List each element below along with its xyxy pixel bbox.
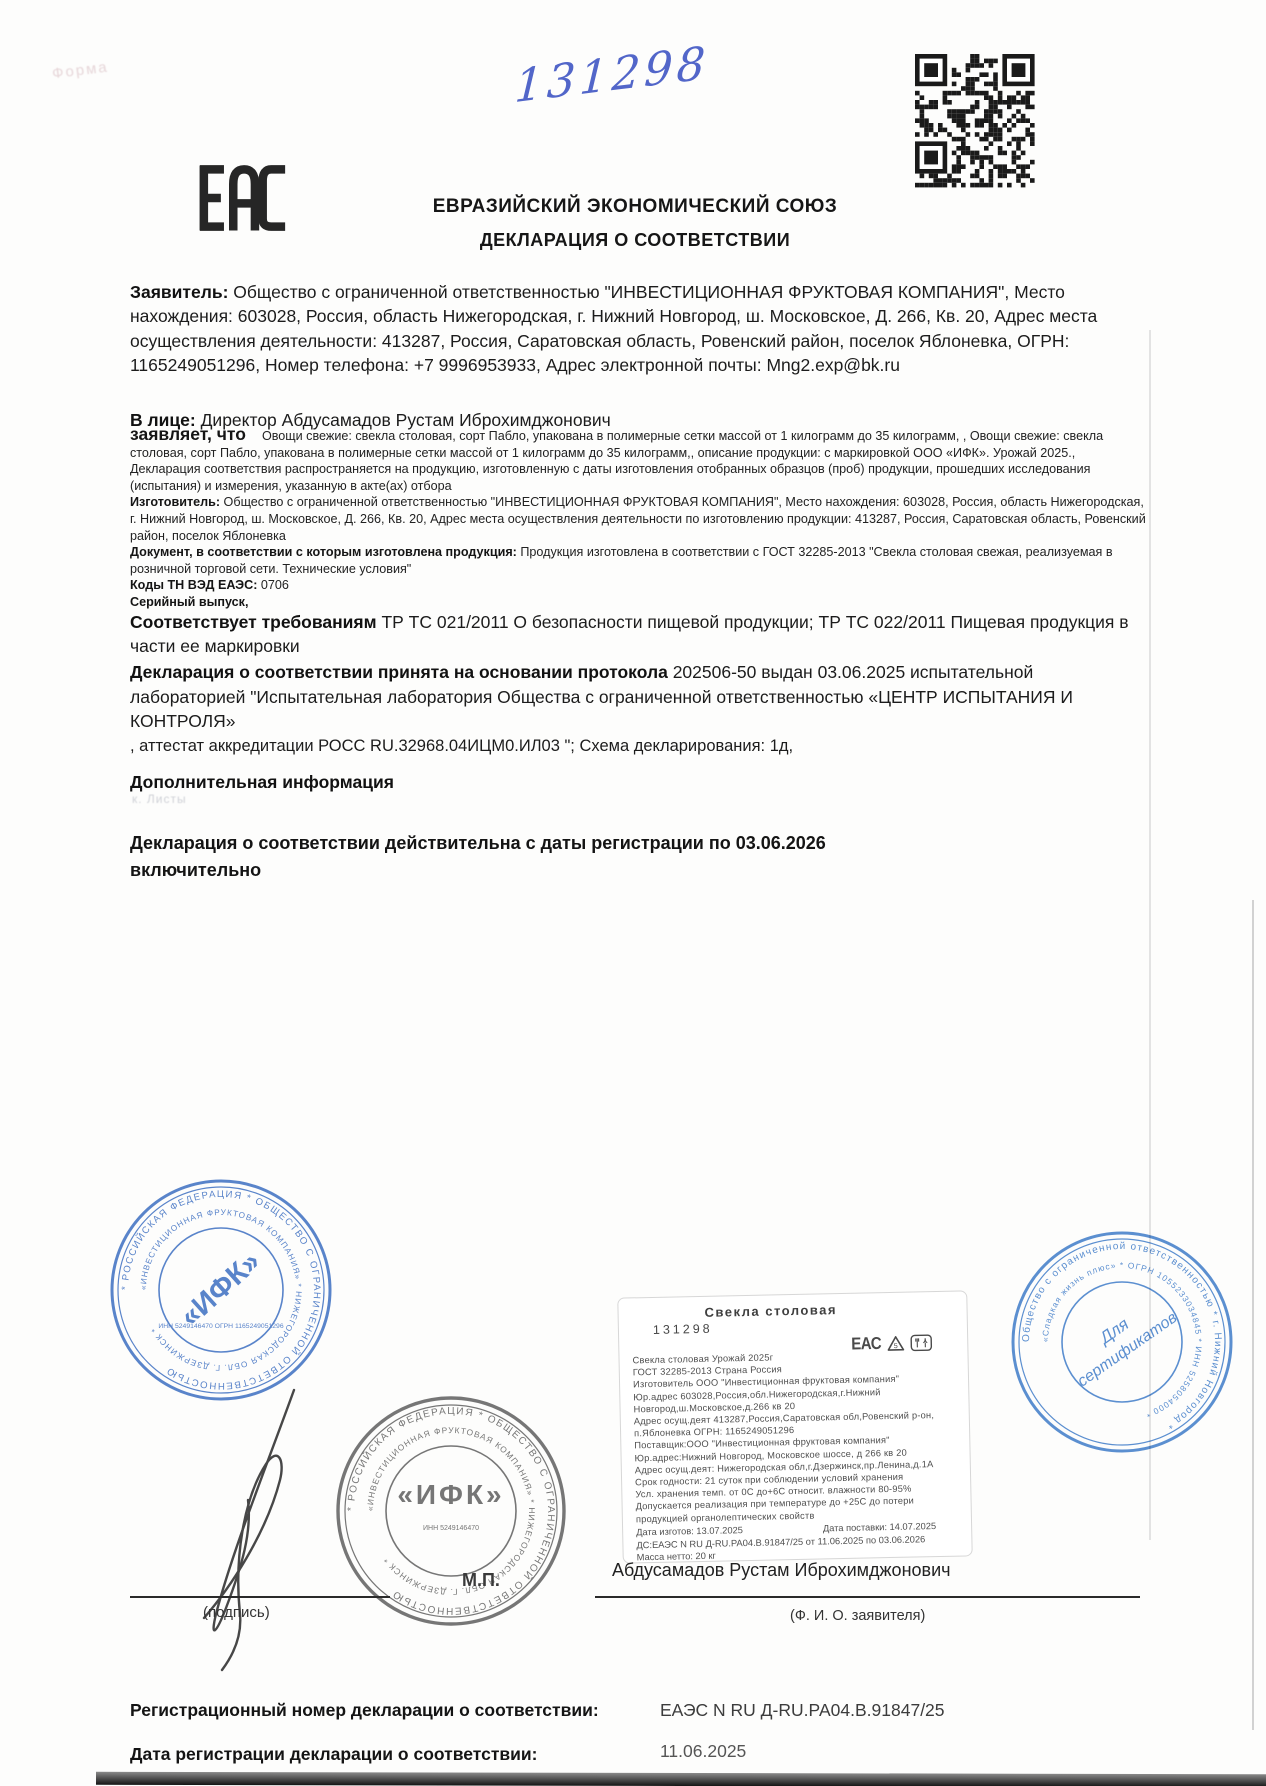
stamp-sladkaya-zhizn: Общество с ограниченной ответственностью…: [1008, 1228, 1236, 1456]
applicant-label: Заявитель:: [130, 282, 228, 302]
product-document-paragraph: Документ, в соответствии с которым изгот…: [130, 544, 1146, 577]
compliance-label: Соответствует требованиям: [130, 612, 377, 632]
handwritten-number: 131298: [513, 36, 710, 114]
registration-number-label: Регистрационный номер декларации о соотв…: [130, 1700, 599, 1721]
serial-line: Серийный выпуск,: [130, 594, 1146, 611]
compliance-paragraph: Соответствует требованиям ТР ТС 021/2011…: [130, 610, 1144, 659]
scan-edge-line: [1252, 900, 1254, 1730]
product-label-title: Свекла столовая: [704, 1302, 837, 1320]
applicant-fio: Абдусамадов Рустам Иброхимджонович: [612, 1560, 951, 1581]
svg-text:* РОССИЙСКАЯ ФЕДЕРАЦИЯ * ОБЩЕС: * РОССИЙСКАЯ ФЕДЕРАЦИЯ * ОБЩЕСТВО С ОГРА…: [346, 1406, 556, 1616]
document-page: Форма к. Листы 131298 ЕВРАЗИЙСКИЙ ЭКОНОМ…: [0, 0, 1266, 1786]
declares-label: заявляет, что: [130, 424, 246, 444]
mp-placeholder: М.П.: [462, 1570, 500, 1591]
stamp-ifk-middle: * РОССИЙСКАЯ ФЕДЕРАЦИЯ * ОБЩЕСТВО С ОГРА…: [332, 1392, 570, 1630]
stamp-center-text: «ИФК»: [174, 1245, 266, 1333]
basis-label: Декларация о соответствии принята на осн…: [130, 662, 668, 682]
registration-date-value: 11.06.2025: [660, 1741, 746, 1762]
additional-info-heading: Дополнительная информация: [130, 770, 1144, 795]
signature-line: [130, 1596, 390, 1598]
faint-form-mark: Форма: [51, 59, 109, 83]
product-label-footer: Дата изготов: 13.07.2025 Дата поставки: …: [636, 1520, 957, 1564]
registration-number-value: ЕАЭС N RU Д-RU.РА04.В.91847/25: [660, 1700, 945, 1721]
tnved-line: Коды ТН ВЭД ЕАЭС: 0706: [130, 577, 1146, 594]
faint-pencil-note: к. Листы: [132, 792, 187, 806]
product-label-lines: Свекла столовая Урожай 2025гГОСТ 32285-2…: [632, 1348, 936, 1525]
manufacturer-paragraph: Изготовитель: Общество с ограниченной от…: [130, 494, 1146, 544]
document-title: ДЕКЛАРАЦИЯ О СООТВЕТСТВИИ: [40, 230, 1230, 251]
stamp-center-text: «ИФК»: [397, 1479, 504, 1510]
tnved-label: Коды ТН ВЭД ЕАЭС:: [130, 578, 257, 592]
signature-caption: (подпись): [203, 1604, 270, 1621]
registration-date-label: Дата регистрации декларации о соответств…: [130, 1744, 538, 1765]
handwritten-signature: [182, 1382, 322, 1682]
basis-paragraph: Декларация о соответствии принята на осн…: [130, 660, 1146, 734]
fio-caption: (Ф. И. О. заявителя): [790, 1608, 925, 1624]
manufacturer-label: Изготовитель:: [130, 495, 220, 509]
svg-text:«ИНВЕСТИЦИОННАЯ ФРУКТОВАЯ КОМП: «ИНВЕСТИЦИОННАЯ ФРУКТОВАЯ КОМПАНИЯ» * НИ…: [365, 1425, 537, 1597]
svg-text:ИНН 5249146470 ОГРН 1165249051: ИНН 5249146470 ОГРН 1165249051296: [158, 1323, 283, 1330]
validity-statement: Декларация о соответствии действительна …: [130, 830, 960, 884]
declaration-details: заявляет, чтоОвощи свежие: свекла столов…: [130, 426, 1146, 611]
qr-code: [915, 54, 1036, 188]
product-document-label: Документ, в соответствии с которым изгот…: [130, 545, 517, 559]
basis-block: Декларация о соответствии принята на осн…: [130, 660, 1146, 758]
product-label: Свекла столовая 131298 ЕАС 5 Свекла стол…: [617, 1290, 972, 1563]
applicant-paragraph: Заявитель: Общество с ограниченной ответ…: [130, 280, 1144, 378]
svg-text:«Сладкая жизнь плюс» * ОГРН 10: «Сладкая жизнь плюс» * ОГРН 105523303484…: [1040, 1260, 1204, 1420]
svg-text:сертификатов: сертификатов: [1075, 1309, 1181, 1390]
svg-text:ИНН 5249146470: ИНН 5249146470: [423, 1525, 479, 1532]
scan-bottom-bar: [96, 1772, 1266, 1786]
product-label-number: 131298: [653, 1322, 713, 1337]
union-title: ЕВРАЗИЙСКИЙ ЭКОНОМИЧЕСКИЙ СОЮЗ: [40, 196, 1230, 218]
declares-paragraph: заявляет, чтоОвощи свежие: свекла столов…: [130, 426, 1146, 494]
attestation-line: , аттестат аккредитации РОСС RU.32968.04…: [130, 734, 1146, 759]
stamp-ifk-left: * РОССИЙСКАЯ ФЕДЕРАЦИЯ * ОБЩЕСТВО С ОГРА…: [107, 1176, 335, 1404]
fio-line: [595, 1596, 1140, 1598]
